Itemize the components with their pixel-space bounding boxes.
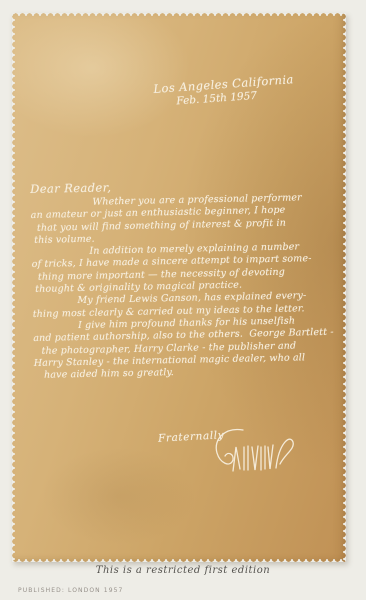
imprint-line: PUBLISHED: LONDON 1957	[18, 587, 123, 594]
letter-body: Dear Reader, Whether you are a professio…	[30, 175, 346, 382]
scanned-letter-page: { "letter": { "place_line": "Los Angeles…	[0, 0, 366, 600]
signature-strokes	[203, 423, 303, 493]
dai-vernon-signature: Dai Vernon	[203, 423, 303, 493]
edition-caption: This is a restricted first edition	[0, 565, 366, 576]
